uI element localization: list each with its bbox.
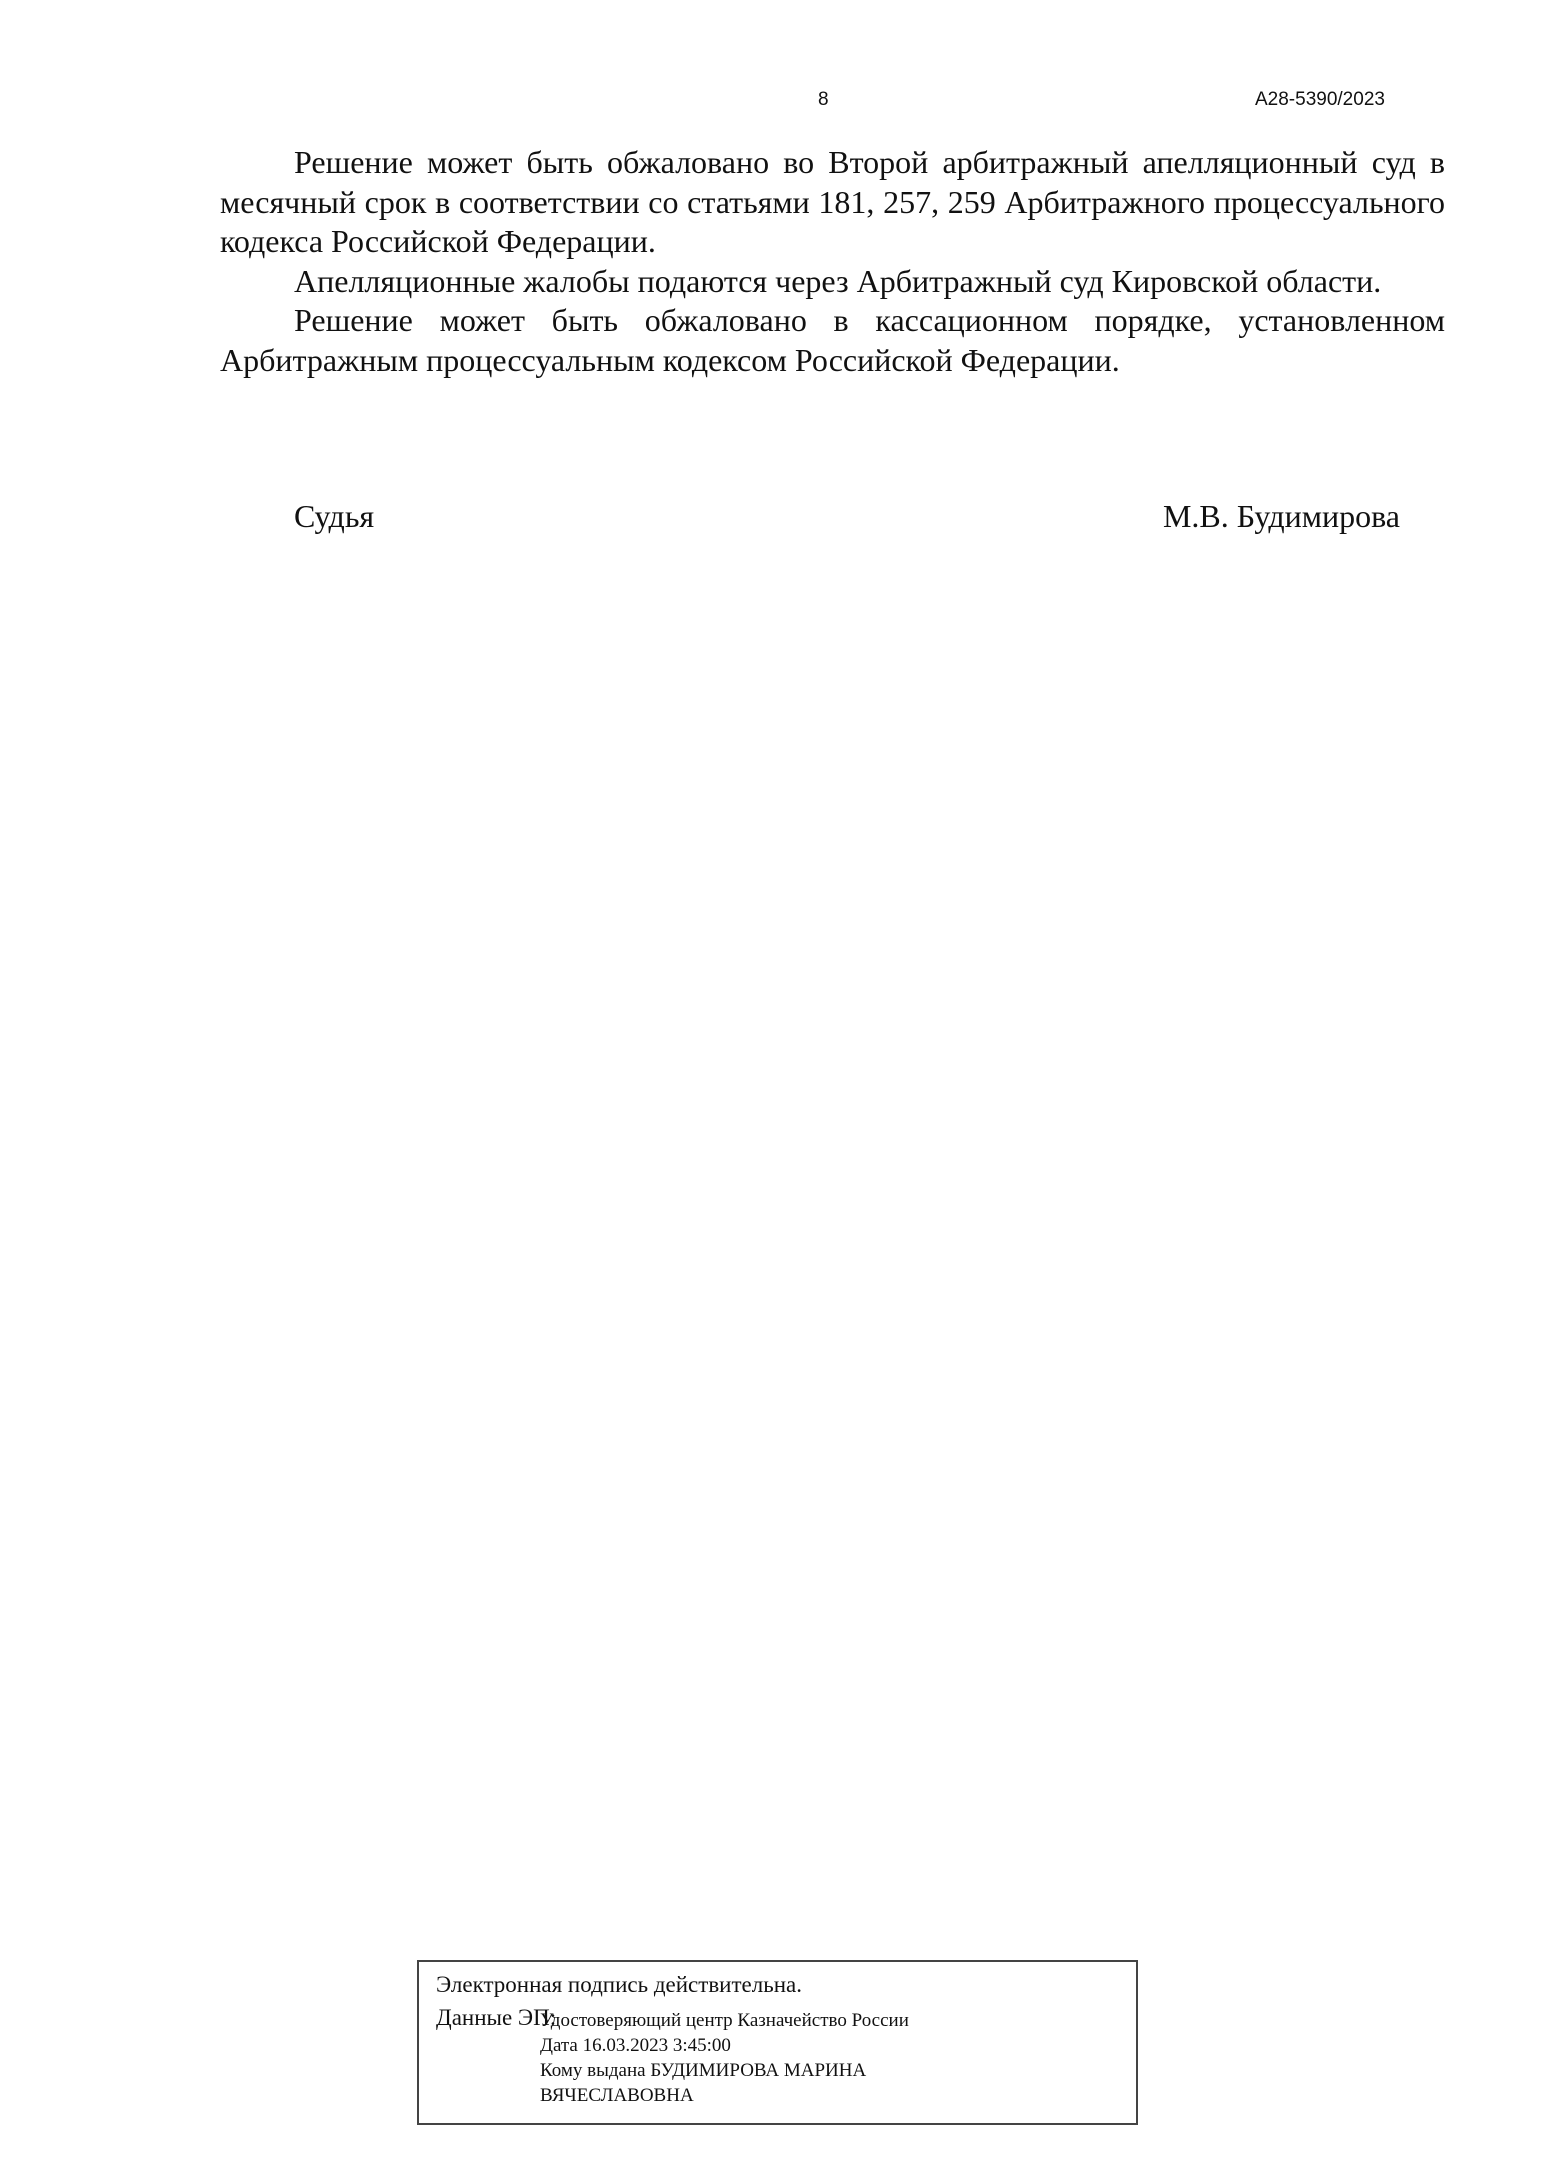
signature-data-label: Данные ЭП:: [436, 2003, 556, 2033]
judge-name: М.В. Будимирова: [1163, 496, 1400, 536]
decision-text: Решение может быть обжаловано во Второй …: [220, 143, 1445, 380]
judge-role: Судья: [294, 496, 374, 536]
paragraph-cassation: Решение может быть обжаловано в кассацио…: [220, 301, 1445, 380]
certificate-authority: Удостоверяющий центр Казначейство России: [540, 2008, 909, 2033]
case-number: А28-5390/2023: [1255, 88, 1385, 112]
signature-row: Судья М.В. Будимирова: [294, 496, 1400, 536]
page-number: 8: [818, 88, 829, 112]
paragraph-appeal: Решение может быть обжаловано во Второй …: [220, 143, 1445, 262]
paragraph-appeal-filing: Апелляционные жалобы подаются через Арби…: [220, 262, 1445, 302]
issued-to: Кому выдана БУДИМИРОВА МАРИНА: [540, 2058, 909, 2083]
signature-details: Удостоверяющий центр Казначейство России…: [540, 2008, 909, 2108]
signature-date: Дата 16.03.2023 3:45:00: [540, 2033, 909, 2058]
signature-status: Электронная подпись действительна.: [436, 1970, 802, 2000]
electronic-signature-stamp: Электронная подпись действительна. Данны…: [417, 1960, 1138, 2125]
issued-to-continued: ВЯЧЕСЛАВОВНА: [540, 2083, 909, 2108]
